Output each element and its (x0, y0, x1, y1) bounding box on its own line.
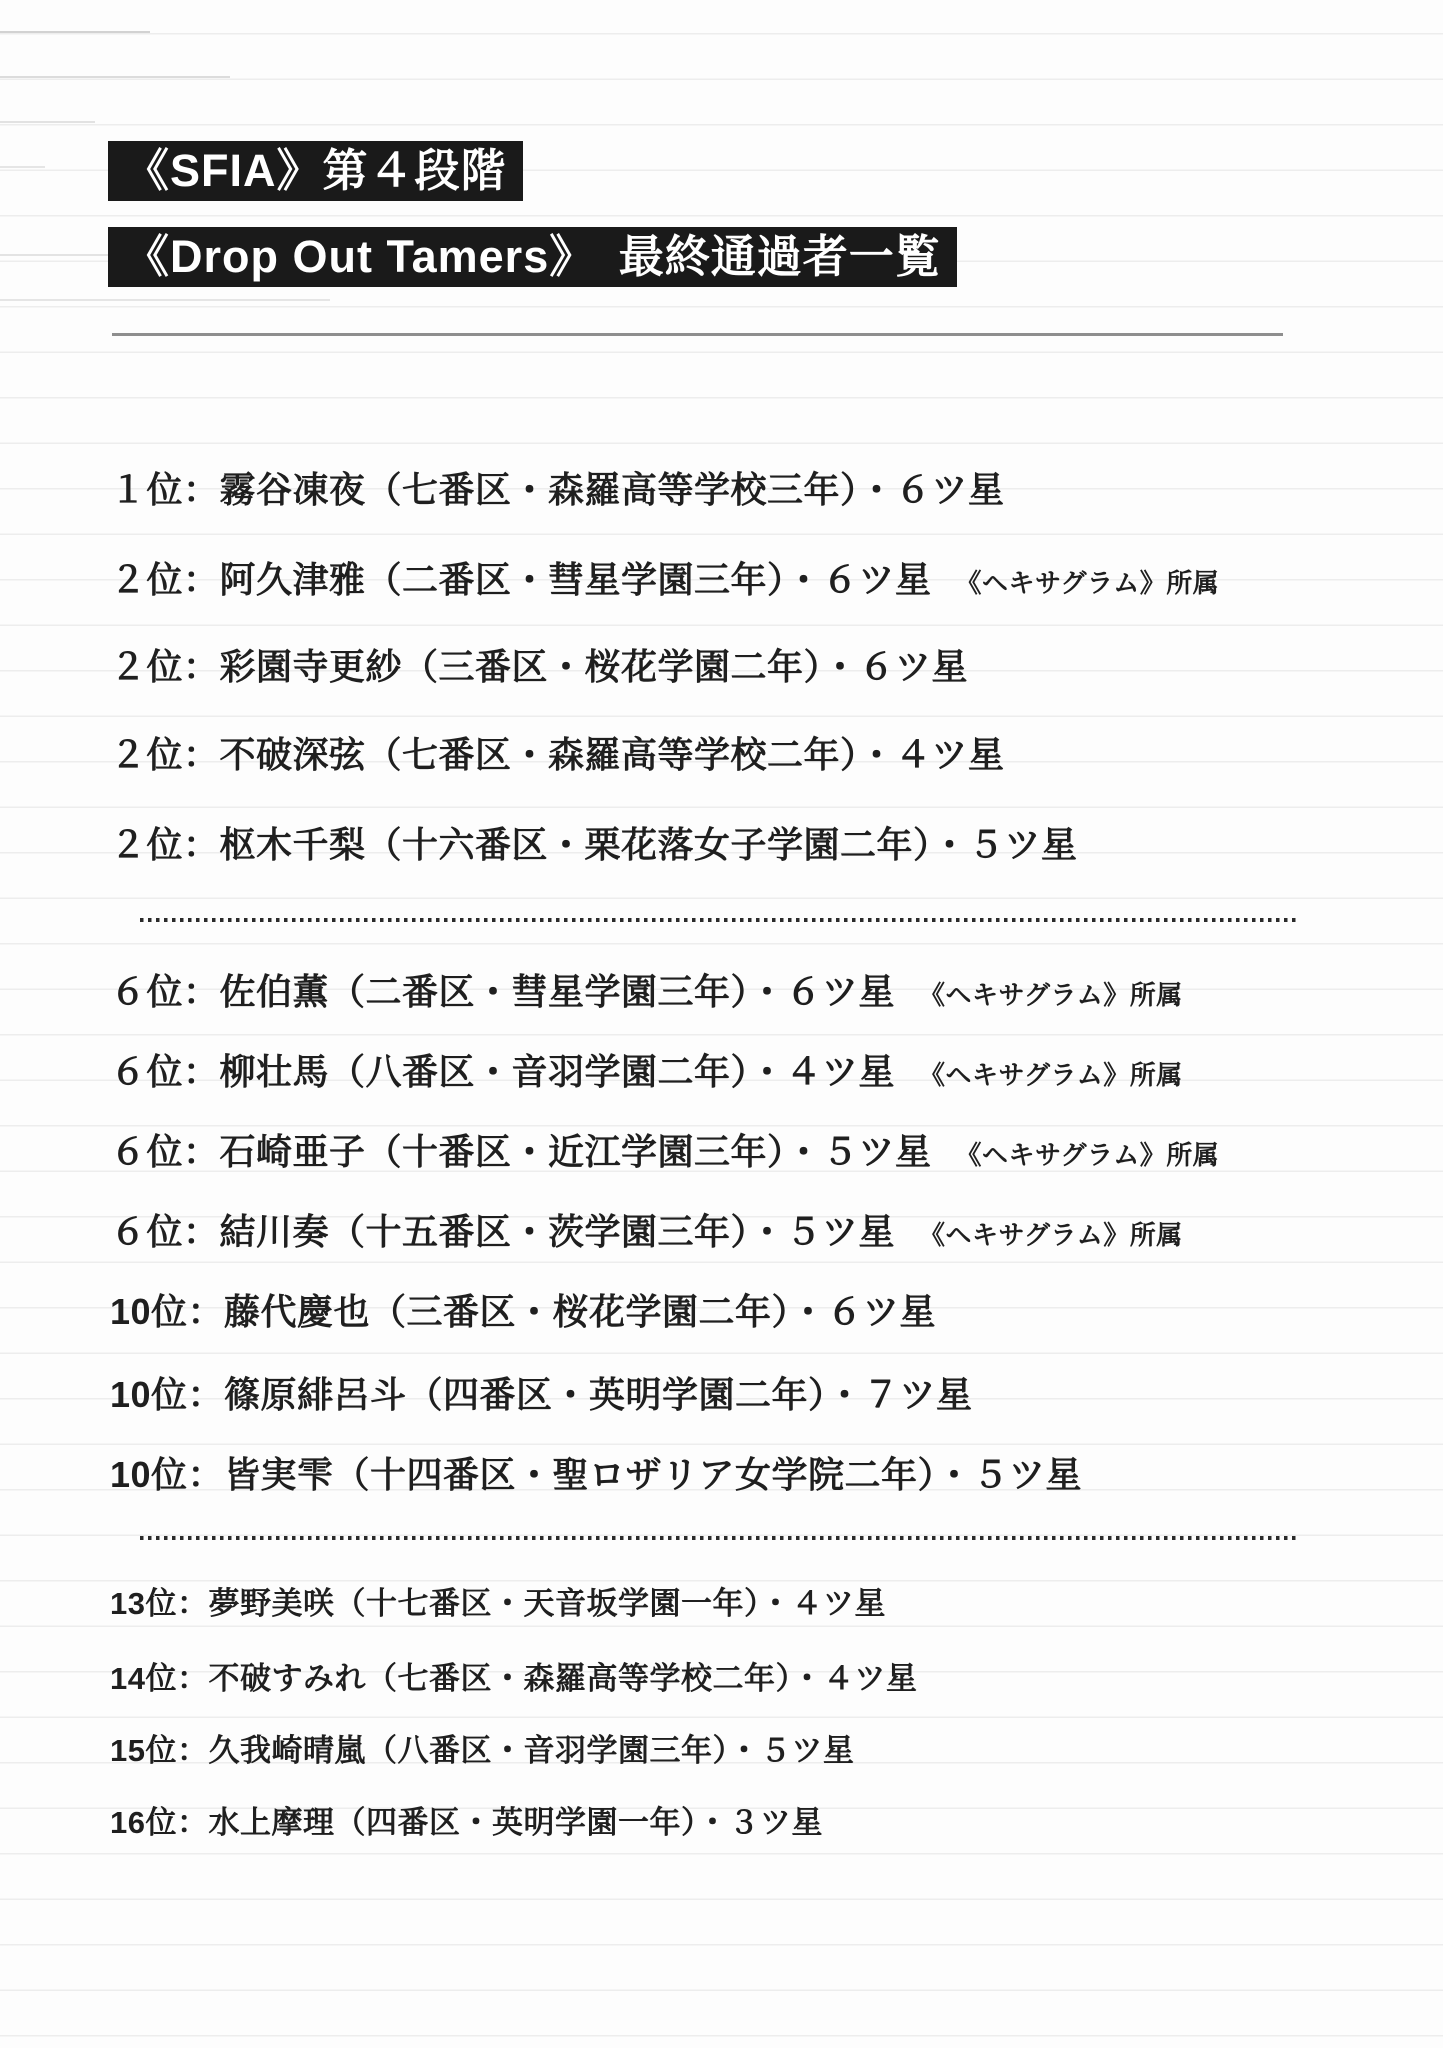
ranking-entry-text: ２位：不破深弦（七番区・森羅高等学校二年）・４ツ星 (110, 734, 1005, 775)
ranking-entry: ２位：不破深弦（七番区・森羅高等学校二年）・４ツ星 (110, 737, 1029, 773)
ranking-entry-text: ６位：結川奏（十五番区・茨学園三年）・５ツ星 (110, 1211, 895, 1252)
ranking-entry: 13位：夢野美咲（十七番区・天音坂学園一年）・４ツ星 (110, 1588, 910, 1619)
ranking-entry-text: 14位：不破すみれ（七番区・森羅高等学校二年）・４ツ星 (110, 1661, 917, 1696)
ruled-line-stub (0, 299, 330, 301)
page-title-line-2-text: 《Drop Out Tamers》 最終通過者一覧 (124, 231, 941, 282)
ruled-line-stub (0, 166, 45, 168)
ranking-entry-text: １位：霧谷凍夜（七番区・森羅高等学校三年）・６ツ星 (110, 469, 1005, 510)
ranking-entry-text: ２位：枢木千梨（十六番区・栗花落女子学園二年）・５ツ星 (110, 824, 1078, 865)
dotted-separator (140, 1536, 1297, 1540)
ranking-entry-text: 16位：水上摩理（四番区・英明学園一年）・３ツ星 (110, 1805, 823, 1840)
page-title-line-2: 《Drop Out Tamers》 最終通過者一覧 (108, 227, 957, 287)
ranking-entry-affiliation: 《ヘキサグラム》所属 (919, 980, 1183, 1010)
ruled-line-stub (0, 121, 95, 123)
page-title-line-1: 《SFIA》第４段階 (108, 141, 523, 201)
ranking-entry: ２位：阿久津雅（二番区・彗星学園三年）・６ツ星《ヘキサグラム》所属 (110, 562, 1219, 598)
ranking-entry-text: ６位：佐伯薫（二番区・彗星学園三年）・６ツ星 (110, 971, 895, 1012)
ranking-entry: 10位：藤代慶也（三番区・桜花学園二年）・６ツ星 (110, 1294, 960, 1330)
page-title-line-1-text: 《SFIA》第４段階 (124, 145, 507, 196)
ranking-entry-affiliation: 《ヘキサグラム》所属 (919, 1220, 1183, 1250)
ranking-entry: 16位：水上摩理（四番区・英明学園一年）・３ツ星 (110, 1807, 847, 1838)
ranking-entry: ６位：柳壮馬（八番区・音羽学園二年）・４ツ星《ヘキサグラム》所属 (110, 1054, 1183, 1090)
ranking-entry: 10位：皆実雫（十四番区・聖ロザリア女学院二年）・５ツ星 (110, 1457, 1106, 1493)
ranking-entry-affiliation: 《ヘキサグラム》所属 (956, 568, 1220, 598)
ranking-entry-text: 10位：藤代慶也（三番区・桜花学園二年）・６ツ星 (110, 1291, 936, 1332)
ranking-entry-text: ２位：彩園寺更紗（三番区・桜花学園二年）・６ツ星 (110, 646, 968, 687)
ranking-entry: ２位：彩園寺更紗（三番区・桜花学園二年）・６ツ星 (110, 649, 992, 685)
scanned-ranking-page: 《SFIA》第４段階 《Drop Out Tamers》 最終通過者一覧 １位：… (0, 0, 1443, 2048)
ranking-entry-text: ６位：石崎亜子（十番区・近江学園三年）・５ツ星 (110, 1131, 932, 1172)
ranking-entry-affiliation: 《ヘキサグラム》所属 (956, 1140, 1220, 1170)
dotted-separator (140, 918, 1297, 922)
ranking-entry-text: 10位：篠原緋呂斗（四番区・英明学園二年）・７ツ星 (110, 1374, 973, 1415)
ranking-entry: ６位：結川奏（十五番区・茨学園三年）・５ツ星《ヘキサグラム》所属 (110, 1214, 1183, 1250)
ranking-entry-affiliation: 《ヘキサグラム》所属 (919, 1060, 1183, 1090)
ranking-entry: 10位：篠原緋呂斗（四番区・英明学園二年）・７ツ星 (110, 1377, 997, 1413)
ranking-entry-text: 10位：皆実雫（十四番区・聖ロザリア女学院二年）・５ツ星 (110, 1454, 1082, 1495)
ranking-entry-text: 13位：夢野美咲（十七番区・天音坂学園一年）・４ツ星 (110, 1586, 886, 1621)
ranking-entry: ６位：佐伯薫（二番区・彗星学園三年）・６ツ星《ヘキサグラム》所属 (110, 974, 1183, 1010)
ranking-entry: 15位：久我崎晴嵐（八番区・音羽学園三年）・５ツ星 (110, 1735, 878, 1766)
title-divider-line (112, 333, 1283, 336)
ranking-entry: 14位：不破すみれ（七番区・森羅高等学校二年）・４ツ星 (110, 1663, 941, 1694)
ranking-entry-text: ２位：阿久津雅（二番区・彗星学園三年）・６ツ星 (110, 559, 932, 600)
ranking-entry: ２位：枢木千梨（十六番区・栗花落女子学園二年）・５ツ星 (110, 827, 1102, 863)
ranking-entry-text: ６位：柳壮馬（八番区・音羽学園二年）・４ツ星 (110, 1051, 895, 1092)
ruled-line-stub (0, 76, 230, 78)
ruled-line-stub (0, 31, 150, 33)
ranking-entry: １位：霧谷凍夜（七番区・森羅高等学校三年）・６ツ星 (110, 472, 1029, 508)
ranking-entry: ６位：石崎亜子（十番区・近江学園三年）・５ツ星《ヘキサグラム》所属 (110, 1134, 1219, 1170)
ranking-entry-text: 15位：久我崎晴嵐（八番区・音羽学園三年）・５ツ星 (110, 1733, 854, 1768)
